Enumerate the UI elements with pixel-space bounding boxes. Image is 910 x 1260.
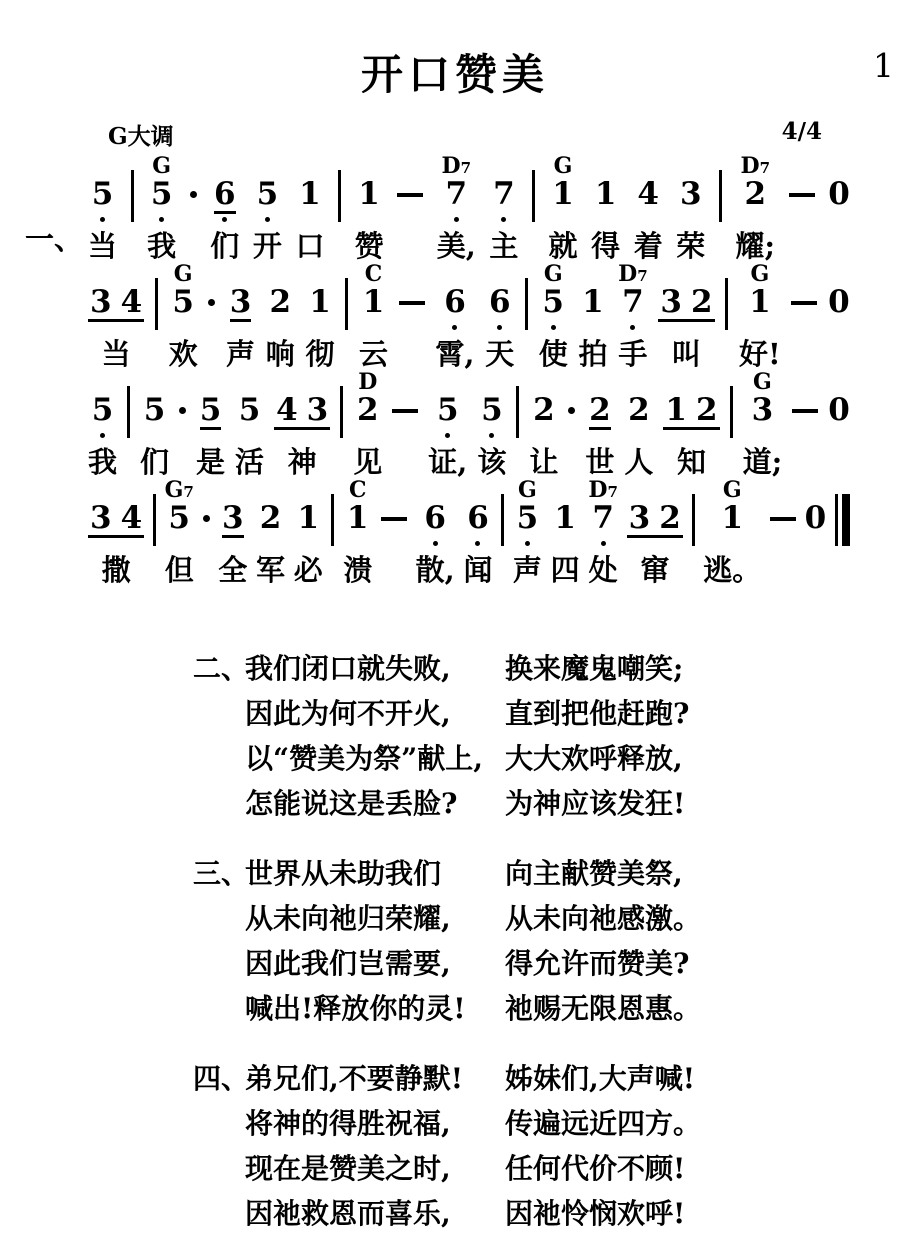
- lyric-text: 彻: [306, 331, 335, 370]
- lyric-text: 窜: [640, 547, 669, 586]
- lyric-text: 好!: [739, 331, 781, 370]
- note-digits: 2: [744, 178, 766, 211]
- note-row: 5: [92, 178, 114, 214]
- low-octave-dot: [497, 325, 502, 330]
- note-cell: 1赞: [355, 154, 384, 262]
- augmentation-dot: [190, 154, 197, 262]
- lyric-text: 霄,: [435, 331, 474, 370]
- lyric-text: 是: [196, 439, 225, 478]
- note-row: [392, 394, 418, 430]
- chord-label: D: [358, 370, 377, 394]
- octave-dot-row: [159, 214, 164, 223]
- note-digits: 1: [358, 178, 380, 211]
- lyric-text: 美,: [437, 223, 476, 262]
- note-row: [789, 178, 815, 214]
- chord-label: C: [349, 478, 367, 502]
- octave-dot-row: [489, 430, 494, 439]
- note-cell: G1就: [549, 154, 578, 262]
- barline: [525, 262, 528, 370]
- music-notation: 一、5当G5我6们5开1口1赞D77美,7主G1就1得4着3荣D72耀;034当…: [88, 154, 850, 586]
- note-row: 1: [347, 502, 369, 538]
- verse-left-text: 世界从未助我们: [245, 851, 505, 896]
- verse-left-text: 因此我们岂需要,: [245, 941, 505, 986]
- note-row: 1: [554, 502, 576, 538]
- note-digits: 5: [517, 502, 539, 535]
- lyric-text: 手: [618, 331, 647, 370]
- barline-mark: [692, 494, 695, 546]
- note-digit: 2: [696, 394, 718, 427]
- note-row: 5: [92, 394, 114, 430]
- note-digits: 2: [628, 394, 650, 427]
- verse-number: [193, 896, 245, 941]
- barline-mark: [338, 170, 341, 222]
- barline: [730, 370, 733, 478]
- verse-row: 四、弟兄们,不要静默!姊妹们,大声喊!: [193, 1056, 910, 1101]
- verse-number: [193, 1101, 245, 1146]
- note-digits: 0: [805, 502, 827, 535]
- augmentation-dot: [568, 370, 575, 478]
- low-octave-dot: [501, 217, 506, 222]
- chord-label: D7: [618, 262, 648, 286]
- rest-cell: 0: [828, 370, 850, 478]
- octave-dot-row: [497, 322, 502, 331]
- note-row: 0: [805, 502, 827, 538]
- lyric-text: 活: [235, 439, 264, 478]
- barline-mark: [340, 386, 343, 438]
- note-row: [127, 394, 130, 430]
- note-digits: 5: [239, 394, 261, 427]
- barline-mark: [725, 278, 728, 330]
- note-row: [153, 502, 156, 538]
- note-row: [397, 178, 423, 214]
- chord-label: D7: [442, 154, 472, 178]
- note-digits: 5: [172, 286, 194, 319]
- verse-left-text: 因祂救恩而喜乐,: [245, 1191, 505, 1236]
- note-cell: 5是: [196, 370, 225, 478]
- note-cell: 1彻: [306, 262, 335, 370]
- note-digits: 1: [582, 286, 604, 319]
- octave-dot-row: [475, 538, 480, 547]
- low-octave-dot: [525, 541, 530, 546]
- note-cell: G5使: [539, 262, 568, 370]
- barline-mark: [516, 386, 519, 438]
- note-row: 7: [493, 178, 515, 214]
- note-row: [501, 502, 504, 538]
- barline-mark: [131, 170, 134, 222]
- note-cell: G1好!: [739, 262, 781, 370]
- augmentation-dot-mark: [208, 299, 215, 306]
- verse-row: 二、我们闭口就失败,换来魔鬼嘲笑;: [193, 646, 910, 691]
- barline: [501, 478, 504, 586]
- chord-label: D7: [741, 154, 771, 178]
- chord-label: G7: [165, 478, 194, 502]
- verse-2: 二、我们闭口就失败,换来魔鬼嘲笑;因此为何不开火,直到把他赶跑?以“赞美为祭”献…: [193, 646, 910, 826]
- verse-row: 怎能说这是丢脸?为神应该发狂!: [193, 781, 910, 826]
- held-note-dash-mark: [381, 517, 407, 521]
- note-cell: D77处: [588, 478, 618, 586]
- chord-label: G: [750, 262, 769, 286]
- note-row: 32: [627, 502, 683, 538]
- held-note-dash-mark: [770, 517, 796, 521]
- verse-number: [193, 781, 245, 826]
- barline-mark: [532, 170, 535, 222]
- verse-row: 三、世界从未助我们向主献赞美祭,: [193, 851, 910, 896]
- verse-row: 从未向祂归荣耀,从未向祂感激。: [193, 896, 910, 941]
- note-cell: 32叫: [658, 262, 714, 370]
- lyric-text: 声: [226, 331, 255, 370]
- verse-right-text: 大大欢呼释放,: [505, 736, 683, 781]
- note-row: [835, 502, 850, 538]
- chord-label: D7: [588, 478, 618, 502]
- chord-label: G: [518, 478, 537, 502]
- note-row: [340, 394, 343, 430]
- stanza-number-label: 一、: [25, 217, 83, 258]
- augmentation-dot-mark: [203, 515, 210, 522]
- augmentation-dot: [208, 262, 215, 370]
- note-cell: G75但: [165, 478, 194, 586]
- note-digits: 1: [363, 286, 385, 319]
- note-digits: 1: [309, 286, 331, 319]
- meta-row: G大调 4/4: [0, 118, 910, 150]
- note-digits: 4: [637, 178, 659, 211]
- note-row: [725, 286, 728, 322]
- lyric-text: 口: [295, 223, 324, 262]
- chord-number: 7: [760, 159, 770, 177]
- augmentation-dot-mark: [179, 407, 186, 414]
- note-row: [131, 178, 134, 214]
- note-row: 7: [445, 178, 467, 214]
- verse-right-text: 直到把他赶跑?: [505, 691, 689, 736]
- verse-number: [193, 691, 245, 736]
- barline: [725, 262, 728, 370]
- note-cell: 2人: [624, 370, 653, 478]
- note-row: 3: [230, 286, 252, 322]
- verse-left-text: 从未向祂归荣耀,: [245, 896, 505, 941]
- barline: [340, 370, 343, 478]
- octave-dot-row: [454, 214, 459, 223]
- note-digits: 5: [92, 394, 114, 427]
- note-row: [770, 502, 796, 538]
- note-cell: 2世: [585, 370, 614, 478]
- music-line-3: 5我5们5是5活43神D2见5证,5该2让2世2人12知G3道;0: [88, 370, 850, 478]
- final-bar-thick: [842, 494, 850, 546]
- verse-left-text: 弟兄们,不要静默!: [245, 1056, 505, 1101]
- note-cell: 1口: [295, 154, 324, 262]
- music-line-4: 34撒G75但3全2军1必C1溃6散,6闻G5声1四D77处32窜G1逃。0: [88, 478, 850, 586]
- barline: [345, 262, 348, 370]
- verse-4: 四、弟兄们,不要静默!姊妹们,大声喊!将神的得胜祝福,传遍远近四方。现在是赞美之…: [193, 1056, 910, 1236]
- low-octave-dot: [445, 433, 450, 438]
- verse-left-text: 我们闭口就失败,: [245, 646, 505, 691]
- note-digits: 32: [627, 502, 683, 538]
- note-digits: 0: [828, 286, 850, 319]
- note-row: 34: [88, 286, 144, 322]
- note-cell: 4着: [634, 154, 663, 262]
- barline-mark: [127, 386, 130, 438]
- note-row: [208, 286, 215, 322]
- note-digits: 2: [357, 394, 379, 427]
- note-digit: 4: [276, 394, 298, 427]
- note-digits: 5: [257, 178, 279, 211]
- note-digits: 34: [88, 502, 144, 538]
- verse-right-text: 换来魔鬼嘲笑;: [505, 646, 683, 691]
- barline: [153, 478, 156, 586]
- note-cell: 1四: [551, 478, 580, 586]
- note-row: 5: [200, 394, 222, 430]
- chord-label: G: [753, 370, 772, 394]
- low-octave-dot: [454, 217, 459, 222]
- note-digit: 3: [307, 394, 329, 427]
- lyric-text: 当: [88, 223, 117, 262]
- note-row: 2: [260, 502, 282, 538]
- augmentation-dot: [203, 478, 210, 586]
- lyric-text: 但: [165, 547, 194, 586]
- octave-dot-row: [501, 214, 506, 223]
- lyric-text: 赞: [355, 223, 384, 262]
- lyric-text: 知: [677, 439, 706, 478]
- octave-dot-row: [265, 214, 270, 223]
- note-digits: 5: [151, 178, 173, 211]
- note-cell: 2让: [529, 370, 558, 478]
- verse-row: 因此为何不开火,直到把他赶跑?: [193, 691, 910, 736]
- note-row: 5: [437, 394, 459, 430]
- barline: [127, 370, 130, 478]
- note-row: 5: [144, 394, 166, 430]
- lyric-text: 响: [266, 331, 295, 370]
- note-cell: D77手: [618, 262, 648, 370]
- note-digits: 0: [828, 394, 850, 427]
- note-row: 0: [828, 286, 850, 322]
- note-row: [791, 286, 817, 322]
- octave-dot-row: [452, 322, 457, 331]
- held-note-dash: [397, 154, 423, 262]
- note-digits: 1: [595, 178, 617, 211]
- note-row: 1: [358, 178, 380, 214]
- lyric-text: 该: [477, 439, 506, 478]
- lyric-text: 开: [253, 223, 282, 262]
- note-row: 1: [297, 502, 319, 538]
- note-row: [792, 394, 818, 430]
- chord-number: 7: [461, 159, 471, 177]
- rest-cell: 0: [828, 154, 850, 262]
- note-digits: 5: [481, 394, 503, 427]
- lyric-text: 使: [539, 331, 568, 370]
- note-row: [516, 394, 519, 430]
- low-octave-dot: [630, 325, 635, 330]
- note-digits: 5: [437, 394, 459, 427]
- held-note-dash: [792, 370, 818, 478]
- lyric-text: 撒: [102, 547, 131, 586]
- chord-label: G: [554, 154, 573, 178]
- barline-mark: [730, 386, 733, 438]
- final-barline-mark: [835, 494, 850, 546]
- note-digits: 6: [444, 286, 466, 319]
- note-row: [190, 178, 197, 214]
- low-octave-dot: [222, 217, 227, 222]
- held-note-dash-mark: [791, 301, 817, 305]
- chord-label: C: [365, 262, 383, 286]
- note-digits: 5: [144, 394, 166, 427]
- note-row: 2: [533, 394, 555, 430]
- held-note-dash-mark: [397, 193, 423, 197]
- note-row: 0: [828, 394, 850, 430]
- note-digits: 5: [200, 394, 222, 430]
- note-digits: 1: [552, 178, 574, 211]
- note-cell: D2见: [353, 370, 382, 478]
- note-row: [155, 286, 158, 322]
- note-row: 2: [357, 394, 379, 430]
- barline: [155, 262, 158, 370]
- octave-dot-row: [445, 430, 450, 439]
- lyric-text: 四: [551, 547, 580, 586]
- barline: [532, 154, 535, 262]
- verse-number: 三、: [193, 851, 245, 896]
- lyric-text: 欢: [169, 331, 198, 370]
- note-cell: 3全: [218, 478, 247, 586]
- lyric-text: 主: [489, 223, 518, 262]
- note-digits: 3: [680, 178, 702, 211]
- note-cell: 5当: [88, 154, 117, 262]
- note-row: 2: [744, 178, 766, 214]
- note-row: 1: [595, 178, 617, 214]
- note-cell: 2军: [256, 478, 285, 586]
- note-cell: 3荣: [676, 154, 705, 262]
- note-row: 2: [628, 394, 650, 430]
- barline-mark: [331, 494, 334, 546]
- note-cell: C1溃: [343, 478, 372, 586]
- lyric-text: 得: [591, 223, 620, 262]
- held-note-dash: [789, 154, 815, 262]
- chord-number: 7: [183, 483, 193, 501]
- note-digit: 3: [660, 286, 682, 319]
- note-digit: 3: [90, 502, 112, 535]
- note-cell: 5证,: [428, 370, 467, 478]
- rest-cell: 0: [828, 262, 850, 370]
- note-cell: G5我: [147, 154, 176, 262]
- note-row: 7: [622, 286, 644, 322]
- barline: [338, 154, 341, 262]
- note-cell: D77美,: [437, 154, 476, 262]
- held-note-dash: [381, 478, 407, 586]
- octave-dot-row: [601, 538, 606, 547]
- note-cell: 34撒: [88, 478, 144, 586]
- note-cell: G5声: [513, 478, 542, 586]
- barline-mark: [345, 278, 348, 330]
- verse-right-text: 传遍远近四方。: [505, 1101, 701, 1146]
- note-cell: D72耀;: [735, 154, 775, 262]
- note-row: 5: [542, 286, 564, 322]
- low-octave-dot: [475, 541, 480, 546]
- lyric-text: 道;: [743, 439, 783, 478]
- note-digits: 5: [168, 502, 190, 535]
- verse-right-text: 从未向祂感激。: [505, 896, 701, 941]
- verse-left-text: 将神的得胜祝福,: [245, 1101, 505, 1146]
- note-cell: 5我: [88, 370, 117, 478]
- music-line-2: 34当G5欢3声2响1彻C1云6霄,6天G5使1拍D77手32叫G1好!0: [88, 262, 850, 370]
- verse-right-text: 任何代价不顾!: [505, 1146, 685, 1191]
- verse-left-text: 怎能说这是丢脸?: [245, 781, 505, 826]
- note-row: 1: [721, 502, 743, 538]
- note-digits: 43: [274, 394, 330, 430]
- note-cell: 5活: [235, 370, 264, 478]
- augmentation-dot-mark: [190, 191, 197, 198]
- lyric-text: 人: [624, 439, 653, 478]
- note-cell: 3声: [226, 262, 255, 370]
- note-digits: 0: [828, 178, 850, 211]
- note-cell: 1必: [294, 478, 323, 586]
- note-row: [203, 502, 210, 538]
- barline: [516, 370, 519, 478]
- note-cell: 5们: [140, 370, 169, 478]
- note-row: 1: [363, 286, 385, 322]
- verse-row: 喊出!释放你的灵!祂赐无限恩惠。: [193, 986, 910, 1031]
- note-digits: 3: [752, 394, 774, 427]
- note-row: 5: [257, 178, 279, 214]
- chord-label: G: [174, 262, 193, 286]
- barline-mark: [525, 278, 528, 330]
- rest-cell: 0: [805, 478, 827, 586]
- lyric-text: 证,: [428, 439, 467, 478]
- verse-right-text: 得允许而赞美?: [505, 941, 689, 986]
- note-digits: 1: [299, 178, 321, 211]
- low-octave-dot: [159, 217, 164, 222]
- octave-dot-row: [525, 538, 530, 547]
- note-row: 1: [299, 178, 321, 214]
- note-row: [345, 286, 348, 322]
- lyric-text: 荣: [676, 223, 705, 262]
- held-note-dash-mark: [792, 409, 818, 413]
- note-digits: 7: [493, 178, 515, 211]
- note-cell: 6天: [485, 262, 514, 370]
- note-row: 1: [582, 286, 604, 322]
- note-digit: 2: [659, 502, 681, 535]
- note-row: [692, 502, 695, 538]
- verse-right-text: 向主献赞美祭,: [505, 851, 683, 896]
- barline: [331, 478, 334, 586]
- note-row: [719, 178, 722, 214]
- note-cell: 6散,: [416, 478, 455, 586]
- note-row: 5: [517, 502, 539, 538]
- verse-row: 以“赞美为祭”献上,大大欢呼释放,: [193, 736, 910, 781]
- note-digits: 2: [533, 394, 555, 427]
- note-cell: 34当: [88, 262, 144, 370]
- verse-row: 现在是赞美之时,任何代价不顾!: [193, 1146, 910, 1191]
- note-row: 5: [239, 394, 261, 430]
- note-digits: 6: [214, 178, 236, 214]
- note-row: [525, 286, 528, 322]
- held-note-dash: [791, 262, 817, 370]
- barline-mark: [719, 170, 722, 222]
- verse-number: [193, 736, 245, 781]
- note-digits: 34: [88, 286, 144, 322]
- note-cell: 1拍: [578, 262, 607, 370]
- note-row: [532, 178, 535, 214]
- note-row: 5: [481, 394, 503, 430]
- note-row: 6: [424, 502, 446, 538]
- note-cell: 5该: [477, 370, 506, 478]
- note-digits: 5: [542, 286, 564, 319]
- octave-dot-row: [630, 322, 635, 331]
- note-row: 1: [552, 178, 574, 214]
- lyric-text: 神: [288, 439, 317, 478]
- note-digits: 3: [222, 502, 244, 538]
- note-row: [381, 502, 407, 538]
- lyric-text: 们: [210, 223, 239, 262]
- verse-right-text: 姊妹们,大声喊!: [505, 1056, 695, 1101]
- low-octave-dot: [551, 325, 556, 330]
- note-digits: 6: [424, 502, 446, 535]
- note-row: 32: [658, 286, 714, 322]
